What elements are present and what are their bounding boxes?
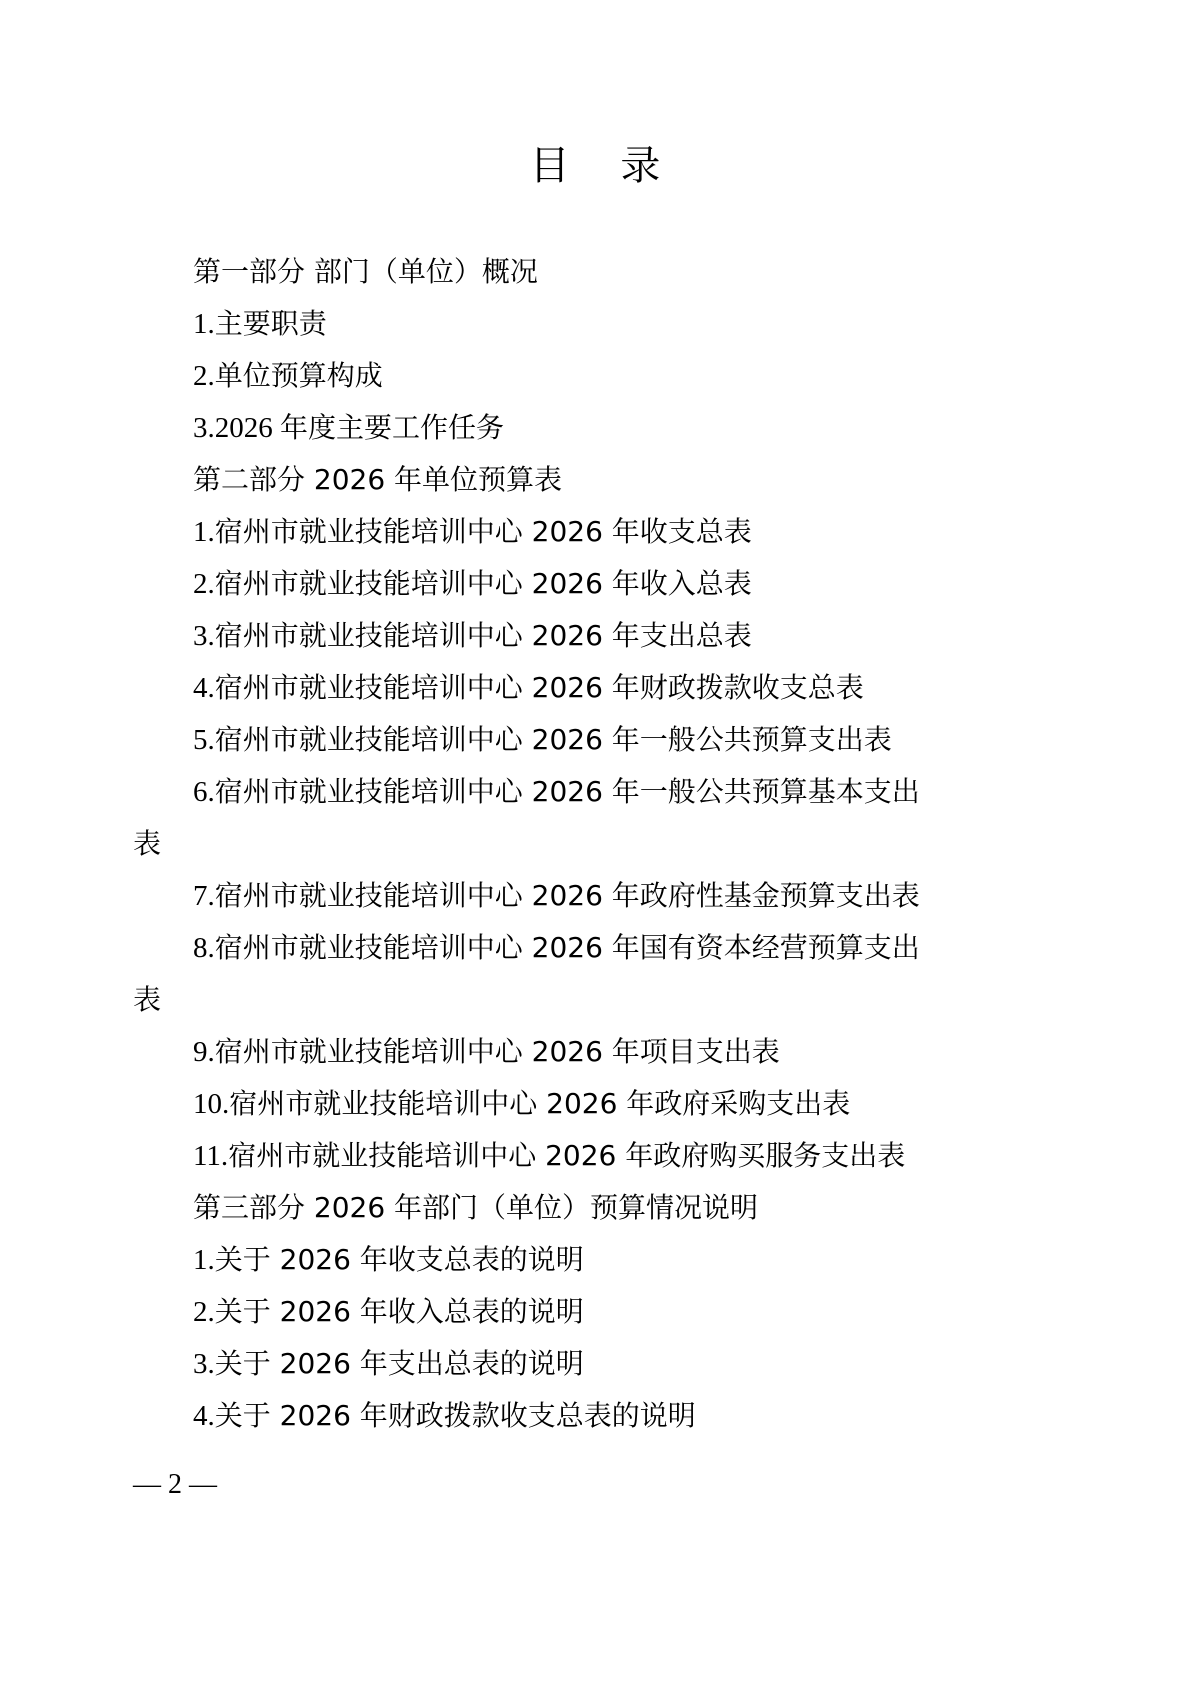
toc-entry-text: 宿州市就业技能培训中心 2026 年财政拨款收支总表 — [215, 671, 864, 704]
toc-entry-continuation-text: 表 — [133, 827, 161, 860]
toc-entry-text: 宿州市就业技能培训中心 2026 年一般公共预算基本支出 — [215, 775, 920, 808]
toc-entry[interactable]: 7.宿州市就业技能培训中心 2026 年政府性基金预算支出表 — [193, 876, 920, 916]
toc-entry-number: 3. — [193, 1348, 215, 1380]
toc-entry-number: 4. — [193, 1400, 215, 1432]
toc-entry-number: 1. — [193, 516, 215, 548]
toc-section-heading-3[interactable]: 第三部分 2026 年部门（单位）预算情况说明 — [193, 1188, 758, 1228]
toc-entry[interactable]: 9.宿州市就业技能培训中心 2026 年项目支出表 — [193, 1032, 780, 1072]
toc-entry-text: 宿州市就业技能培训中心 2026 年政府性基金预算支出表 — [215, 879, 920, 912]
toc-entry[interactable]: 6.宿州市就业技能培训中心 2026 年一般公共预算基本支出 — [193, 772, 920, 812]
toc-entry[interactable]: 1.宿州市就业技能培训中心 2026 年收支总表 — [193, 512, 752, 552]
toc-entry[interactable]: 4.宿州市就业技能培训中心 2026 年财政拨款收支总表 — [193, 668, 864, 708]
toc-entry[interactable]: 2.宿州市就业技能培训中心 2026 年收入总表 — [193, 564, 752, 604]
toc-entry-text: 关于 2026 年支出总表的说明 — [215, 1347, 584, 1380]
toc-entry[interactable]: 10.宿州市就业技能培训中心 2026 年政府采购支出表 — [193, 1084, 850, 1124]
toc-entry-text: 宿州市就业技能培训中心 2026 年收入总表 — [215, 567, 752, 600]
toc-entry-number: 3. — [193, 620, 215, 652]
toc-entry-text: 关于 2026 年收支总表的说明 — [215, 1243, 584, 1276]
toc-entry-text: 关于 2026 年收入总表的说明 — [215, 1295, 584, 1328]
toc-entry[interactable]: 3.宿州市就业技能培训中心 2026 年支出总表 — [193, 616, 752, 656]
toc-entry-number: 6. — [193, 776, 215, 808]
toc-entry[interactable]: 1.关于 2026 年收支总表的说明 — [193, 1240, 584, 1280]
toc-entry-text: 年度主要工作任务 — [280, 411, 504, 444]
toc-section-heading-1[interactable]: 第一部分 部门（单位）概况 — [193, 252, 538, 292]
toc-entry-number: 2. — [193, 360, 215, 392]
toc-entry-number: 2. — [193, 1296, 215, 1328]
toc-entry-text: 主要职责 — [215, 307, 327, 340]
toc-entry-number: 11. — [193, 1140, 228, 1172]
toc-section-heading-2[interactable]: 第二部分 2026 年单位预算表 — [193, 460, 562, 500]
toc-entry-number: 1. — [193, 308, 215, 340]
toc-entry-number: 5. — [193, 724, 215, 756]
toc-entry[interactable]: 2.单位预算构成 — [193, 356, 383, 396]
toc-entry-text: 单位预算构成 — [215, 359, 383, 392]
toc-entry-number: 7. — [193, 880, 215, 912]
page-title: 目 录 — [0, 138, 1190, 194]
toc-entry-text: 宿州市就业技能培训中心 2026 年一般公共预算支出表 — [215, 723, 892, 756]
toc-entry-text: 关于 2026 年财政拨款收支总表的说明 — [215, 1399, 696, 1432]
toc-entry[interactable]: 3.2026 年度主要工作任务 — [193, 408, 504, 448]
toc-entry-text: 宿州市就业技能培训中心 2026 年政府采购支出表 — [229, 1087, 850, 1120]
toc-entry[interactable]: 2.关于 2026 年收入总表的说明 — [193, 1292, 584, 1332]
toc-entry-text: 宿州市就业技能培训中心 2026 年支出总表 — [215, 619, 752, 652]
toc-entry-text: 宿州市就业技能培训中心 2026 年国有资本经营预算支出 — [215, 931, 920, 964]
toc-entry-text: 宿州市就业技能培训中心 2026 年政府购买服务支出表 — [228, 1139, 905, 1172]
toc-entry-text: 宿州市就业技能培训中心 2026 年项目支出表 — [215, 1035, 780, 1068]
toc-entry-continuation[interactable]: 表 — [133, 980, 161, 1020]
toc-entry[interactable]: 1.主要职责 — [193, 304, 327, 344]
toc-entry-number: 10. — [193, 1088, 229, 1120]
toc-entry-number: 4. — [193, 672, 215, 704]
toc-entry-number: 3.2026 — [193, 412, 280, 444]
toc-entry-text: 宿州市就业技能培训中心 2026 年收支总表 — [215, 515, 752, 548]
toc-entry-number: 2. — [193, 568, 215, 600]
page-number: — 2 — — [133, 1465, 217, 1505]
toc-entry-number: 1. — [193, 1244, 215, 1276]
toc-entry[interactable]: 5.宿州市就业技能培训中心 2026 年一般公共预算支出表 — [193, 720, 892, 760]
toc-entry[interactable]: 11.宿州市就业技能培训中心 2026 年政府购买服务支出表 — [193, 1136, 905, 1176]
toc-entry-number: 8. — [193, 932, 215, 964]
toc-entry-continuation[interactable]: 表 — [133, 824, 161, 864]
toc-entry-continuation-text: 表 — [133, 983, 161, 1016]
toc-entry-number: 9. — [193, 1036, 215, 1068]
toc-entry[interactable]: 4.关于 2026 年财政拨款收支总表的说明 — [193, 1396, 696, 1436]
toc-entry[interactable]: 8.宿州市就业技能培训中心 2026 年国有资本经营预算支出 — [193, 928, 920, 968]
toc-entry[interactable]: 3.关于 2026 年支出总表的说明 — [193, 1344, 584, 1384]
